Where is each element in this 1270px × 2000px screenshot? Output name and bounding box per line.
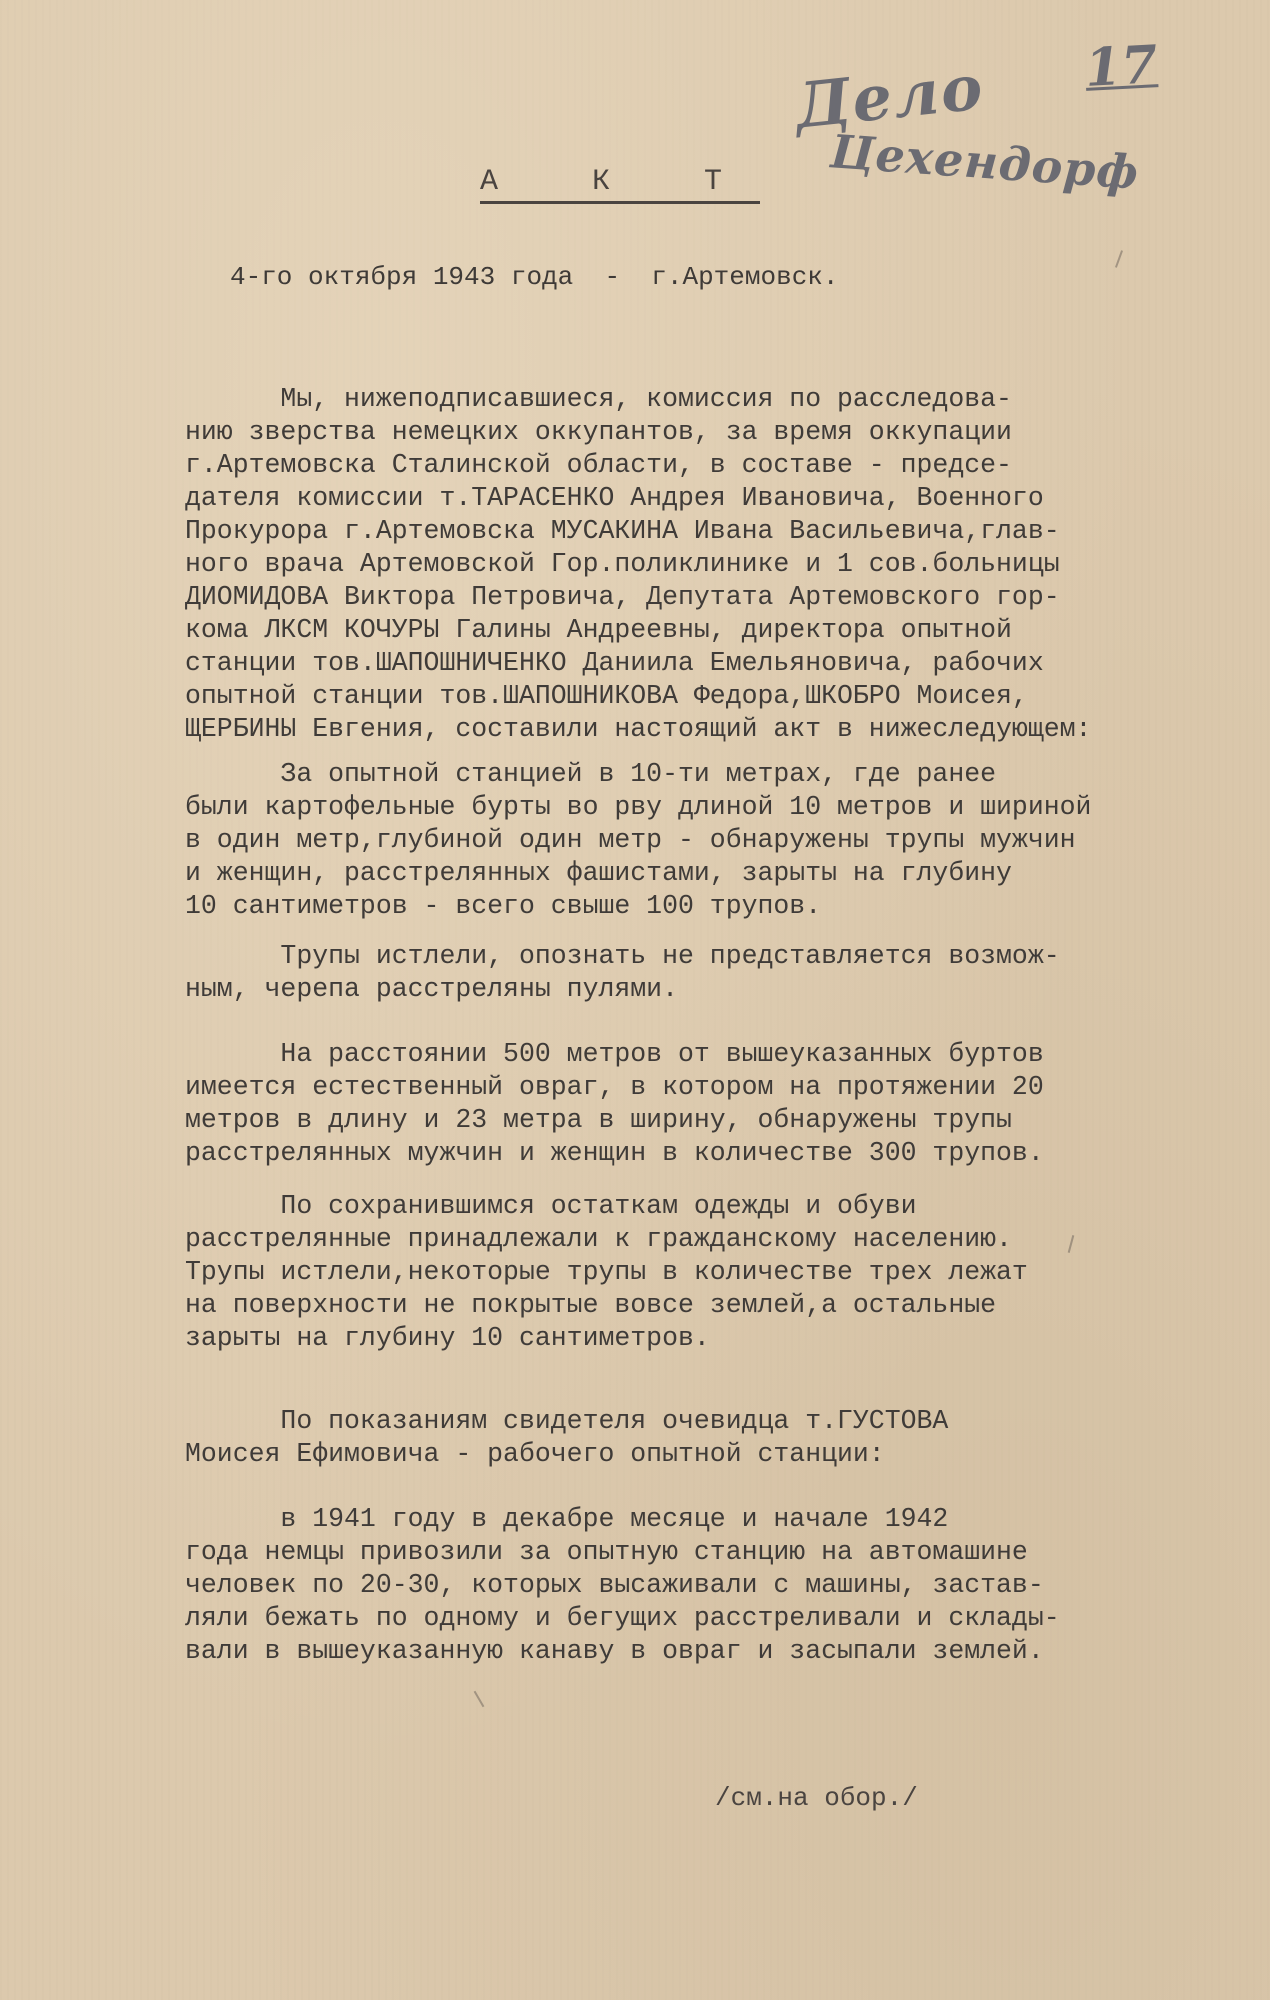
text-line: нию зверства немецких оккупантов, за вре… — [185, 416, 1245, 449]
text-line: ного врача Артемовской Гор.поликлинике и… — [185, 548, 1245, 581]
text-line: и женщин, расстрелянных фашистами, зарыт… — [185, 857, 1245, 890]
text-line: дателя комиссии т.ТАРАСЕНКО Андрея Ивано… — [185, 482, 1245, 515]
paragraph-witness: По показаниям свидетеля очевидца т.ГУСТО… — [185, 1405, 1245, 1471]
text-line: ным, черепа расстреляны пулями. — [185, 973, 1245, 1006]
text-line: в один метр,глубиной один метр - обнаруж… — [185, 824, 1245, 857]
text-line: в 1941 году в декабре месяце и начале 19… — [185, 1503, 1245, 1536]
paragraph-potato-pits: За опытной станцией в 10-ти метрах, где … — [185, 758, 1245, 923]
text-line: По показаниям свидетеля очевидца т.ГУСТО… — [185, 1405, 1245, 1438]
document-page: Дело 17 Цехендорф А К Т 4-го октября 194… — [0, 0, 1270, 2000]
text-line: г.Артемовска Сталинской области, в соста… — [185, 449, 1245, 482]
paper-speck — [1115, 250, 1123, 268]
paragraph-clothing: По сохранившимся остаткам одежды и обуви… — [185, 1190, 1245, 1355]
document-title: А К Т — [480, 165, 760, 204]
text-line: метров в длину и 23 метра в ширину, обна… — [185, 1104, 1245, 1137]
text-line: Трупы истлели, опознать не представляетс… — [185, 940, 1245, 973]
text-line: года немцы привозили за опытную станцию … — [185, 1536, 1245, 1569]
text-line: опытной станции тов.ШАПОШНИКОВА Федора,Ш… — [185, 680, 1245, 713]
text-line: На расстоянии 500 метров от вышеуказанны… — [185, 1038, 1245, 1071]
text-line: расстрелянные принадлежали к гражданском… — [185, 1223, 1245, 1256]
text-line: 10 сантиметров - всего свыше 100 трупов. — [185, 890, 1245, 923]
handwritten-sheet-number: 17 — [1083, 34, 1158, 99]
document-dateline: 4-го октября 1943 года - г.Артемовск. — [230, 262, 839, 292]
paragraph-testimony: в 1941 году в декабре месяце и начале 19… — [185, 1503, 1245, 1668]
text-line: По сохранившимся остаткам одежды и обуви — [185, 1190, 1245, 1223]
text-line: на поверхности не покрытые вовсе землей,… — [185, 1289, 1245, 1322]
text-line: станции тов.ШАПОШНИЧЕНКО Даниила Емельян… — [185, 647, 1245, 680]
text-line: Моисея Ефимовича - рабочего опытной стан… — [185, 1438, 1245, 1471]
text-line: ЩЕРБИНЫ Евгения, составили настоящий акт… — [185, 713, 1245, 746]
paragraph-commission: Мы, нижеподписавшиеся, комиссия по рассл… — [185, 383, 1245, 746]
text-line: Мы, нижеподписавшиеся, комиссия по рассл… — [185, 383, 1245, 416]
text-line: имеется естественный овраг, в котором на… — [185, 1071, 1245, 1104]
text-line: кома ЛКСМ КОЧУРЫ Галины Андреевны, дирек… — [185, 614, 1245, 647]
text-line: были картофельные бурты во рву длиной 10… — [185, 791, 1245, 824]
handwritten-name: Цехендорф — [828, 124, 1140, 199]
see-reverse-note: /см.на обор./ — [715, 1783, 918, 1813]
paragraph-ravine: На расстоянии 500 метров от вышеуказанны… — [185, 1038, 1245, 1170]
paragraph-decomposed: Трупы истлели, опознать не представляетс… — [185, 940, 1245, 1006]
paper-speck — [474, 1691, 485, 1708]
text-line: человек по 20-30, которых высаживали с м… — [185, 1569, 1245, 1602]
text-line: За опытной станцией в 10-ти метрах, где … — [185, 758, 1245, 791]
text-line: зарыты на глубину 10 сантиметров. — [185, 1322, 1245, 1355]
text-line: вали в вышеуказанную канаву в овраг и за… — [185, 1635, 1245, 1668]
text-line: Прокурора г.Артемовска МУСАКИНА Ивана Ва… — [185, 515, 1245, 548]
text-line: Трупы истлели,некоторые трупы в количест… — [185, 1256, 1245, 1289]
text-line: ДИОМИДОВА Виктора Петровича, Депутата Ар… — [185, 581, 1245, 614]
text-line: ляли бежать по одному и бегущих расстрел… — [185, 1602, 1245, 1635]
text-line: расстрелянных мужчин и женщин в количест… — [185, 1137, 1245, 1170]
